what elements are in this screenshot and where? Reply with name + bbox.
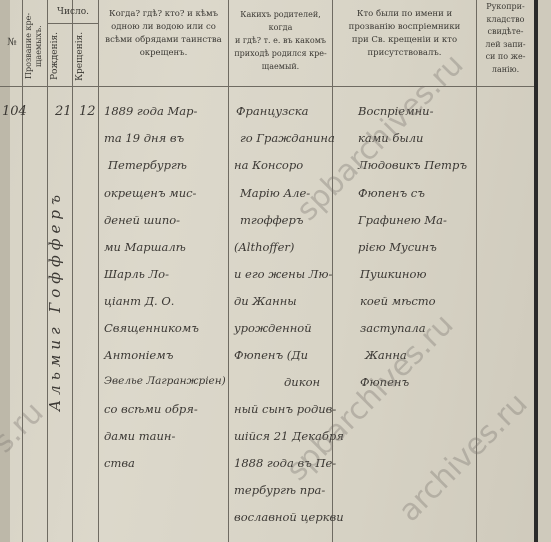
date-group-divider (48, 23, 98, 24)
column-border (72, 0, 73, 542)
header-signatures: Рукопри- кладство свидѣте- лей запи- си … (477, 1, 534, 76)
header-parents: Какихъ родителей, когда и гдѣ? т. е. въ … (229, 8, 332, 73)
header-when-where: Когда? гдѣ? кто? и кѣмъ одною ли водою и… (99, 8, 228, 60)
baptism-day: 12 (79, 104, 96, 119)
header-godparents: Кто были по имени и прозванію воспріемни… (333, 8, 476, 60)
entry-number: 104 (2, 104, 27, 119)
signatures-column (477, 90, 534, 540)
page-left-edge (0, 0, 10, 542)
header-baptism: Крещенія. (75, 28, 95, 84)
birth-day: 21 (55, 104, 72, 119)
column-border (228, 0, 229, 542)
child-name: Альмиг Гоффферъ (46, 190, 64, 411)
header-number: № (2, 36, 22, 49)
header-date-group: Число. (48, 6, 98, 19)
column-border (98, 0, 99, 542)
metric-book-page: № Прозвание кре-щаемыхъ. Число. Рожденія… (0, 0, 551, 542)
column-border (22, 0, 23, 542)
header-birth: Рожденія. (50, 28, 70, 84)
page-right-margin (538, 0, 551, 542)
header-surname: Прозвание кре-щаемыхъ. (24, 8, 46, 84)
